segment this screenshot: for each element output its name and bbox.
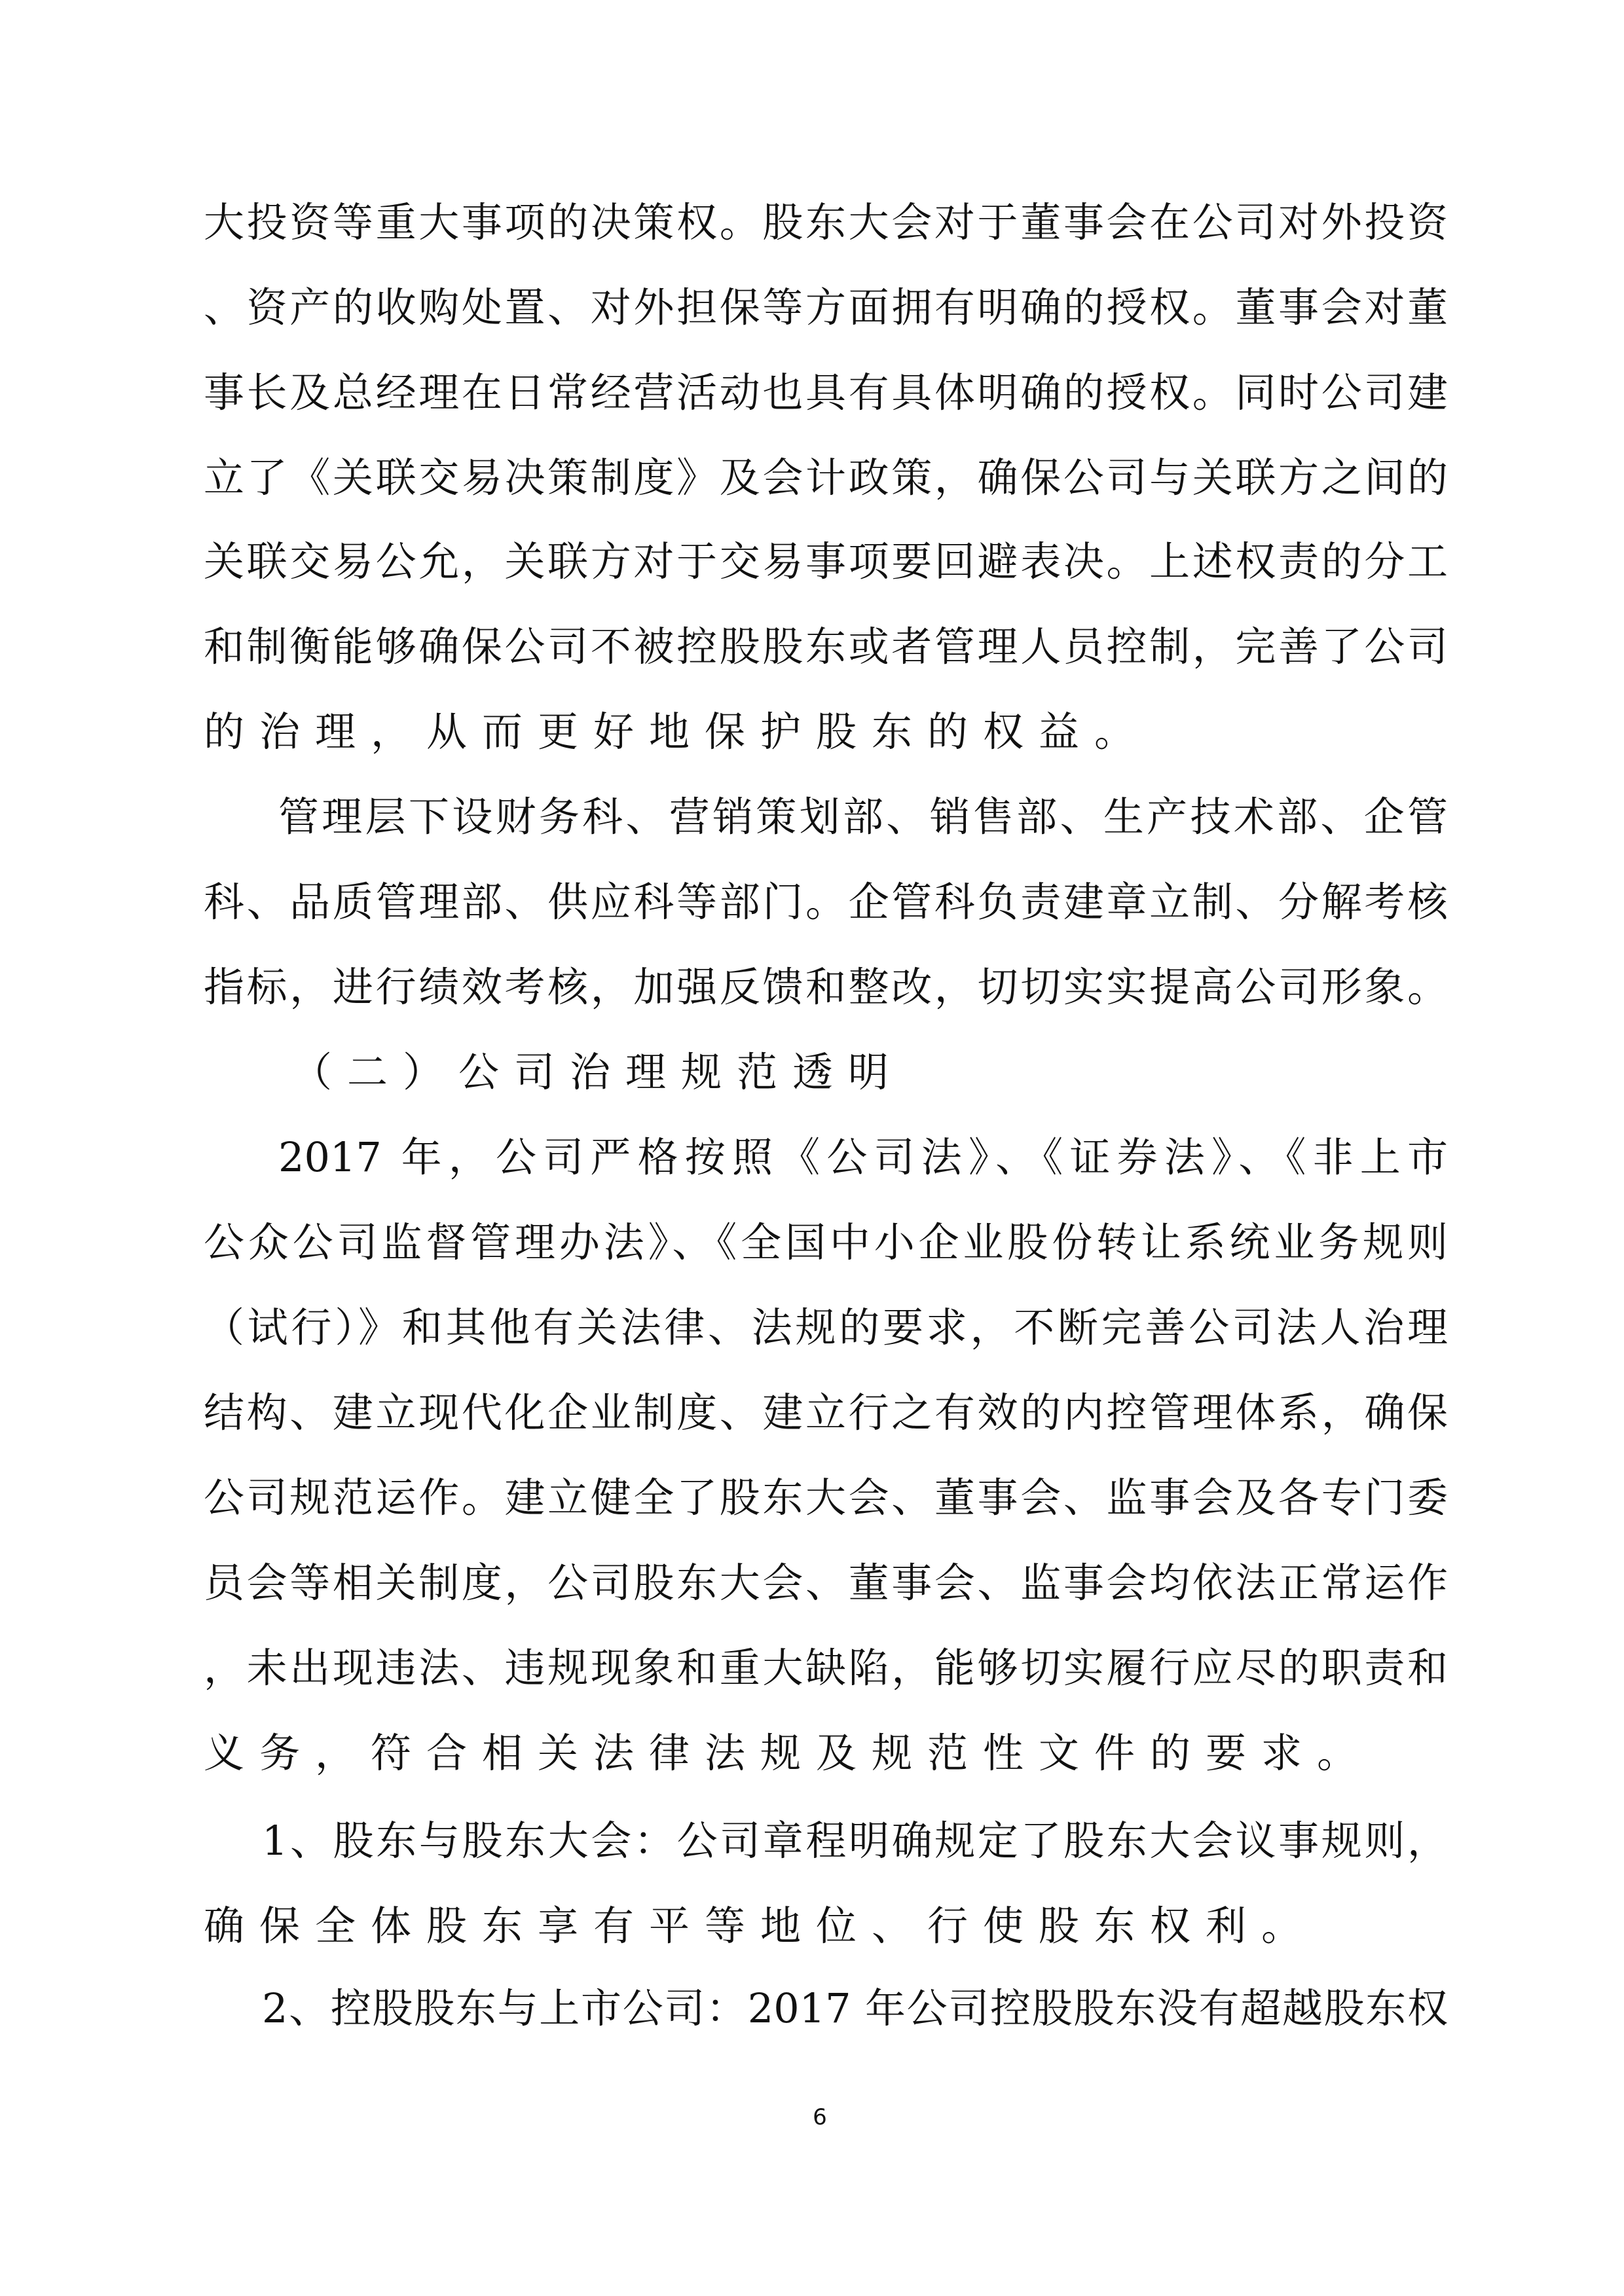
list-item-1-line: 1、股东与股东大会：公司章程明确规定了股东大会议事规则，	[262, 1815, 1448, 1867]
text-line: 关联交易公允，关联方对于交易事项要回避表决。上述权责的分工	[204, 536, 1448, 588]
paragraph-start-line: 2017 年，公司严格按照《公司法》、《证券法》、《非上市	[278, 1131, 1448, 1184]
text-line: 的治理，从而更好地保护股东的权益。	[204, 706, 1448, 758]
text-line: 公司规范运作。建立健全了股东大会、董事会、监事会及各专门委	[204, 1472, 1448, 1524]
text-line: 义务，符合相关法律法规及规范性文件的要求。	[204, 1727, 1448, 1779]
text-line: ，未出现违法、违规现象和重大缺陷，能够切实履行应尽的职责和	[204, 1642, 1448, 1694]
text-line: 事长及总经理在日常经营活动也具有具体明确的授权。同时公司建	[204, 367, 1448, 419]
text-line: 员会等相关制度，公司股东大会、董事会、监事会均依法正常运作	[204, 1557, 1448, 1609]
text-line: 和制衡能够确保公司不被控股股东或者管理人员控制，完善了公司	[204, 621, 1448, 673]
text-line: 结构、建立现代化企业制度、建立行之有效的内控管理体系，确保	[204, 1387, 1448, 1439]
text-line: 科、品质管理部、供应科等部门。企管科负责建章立制、分解考核	[204, 876, 1448, 928]
text-line: 确保全体股东享有平等地位、行使股东权利。	[204, 1900, 1448, 1952]
text-line: 立了《关联交易决策制度》及会计政策，确保公司与关联方之间的	[204, 452, 1448, 504]
text-line: 公众公司监督管理办法》、《全国中小企业股份转让系统业务规则	[204, 1216, 1448, 1269]
list-item-2-line: 2、控股股东与上市公司：2017 年公司控股股东没有超越股东权	[262, 1982, 1448, 2035]
text-line: 大投资等重大事项的决策权。股东大会对于董事会在公司对外投资	[204, 196, 1448, 249]
section-heading: （二）公司治理规范透明	[291, 1046, 1536, 1099]
text-line: 指标，进行绩效考核，加强反馈和整改，切切实实提高公司形象。	[204, 961, 1448, 1013]
paragraph-start-line: 管理层下设财务科、营销策划部、销售部、生产技术部、企管	[278, 791, 1448, 843]
text-line: （试行）》和其他有关法律、法规的要求，不断完善公司法人治理	[204, 1302, 1448, 1354]
text-line: 、资产的收购处置、对外担保等方面拥有明确的授权。董事会对董	[204, 282, 1448, 334]
page-number: 6	[786, 2103, 854, 2132]
document-page: 大投资等重大事项的决策权。股东大会对于董事会在公司对外投资 、资产的收购处置、对…	[0, 0, 1624, 2296]
